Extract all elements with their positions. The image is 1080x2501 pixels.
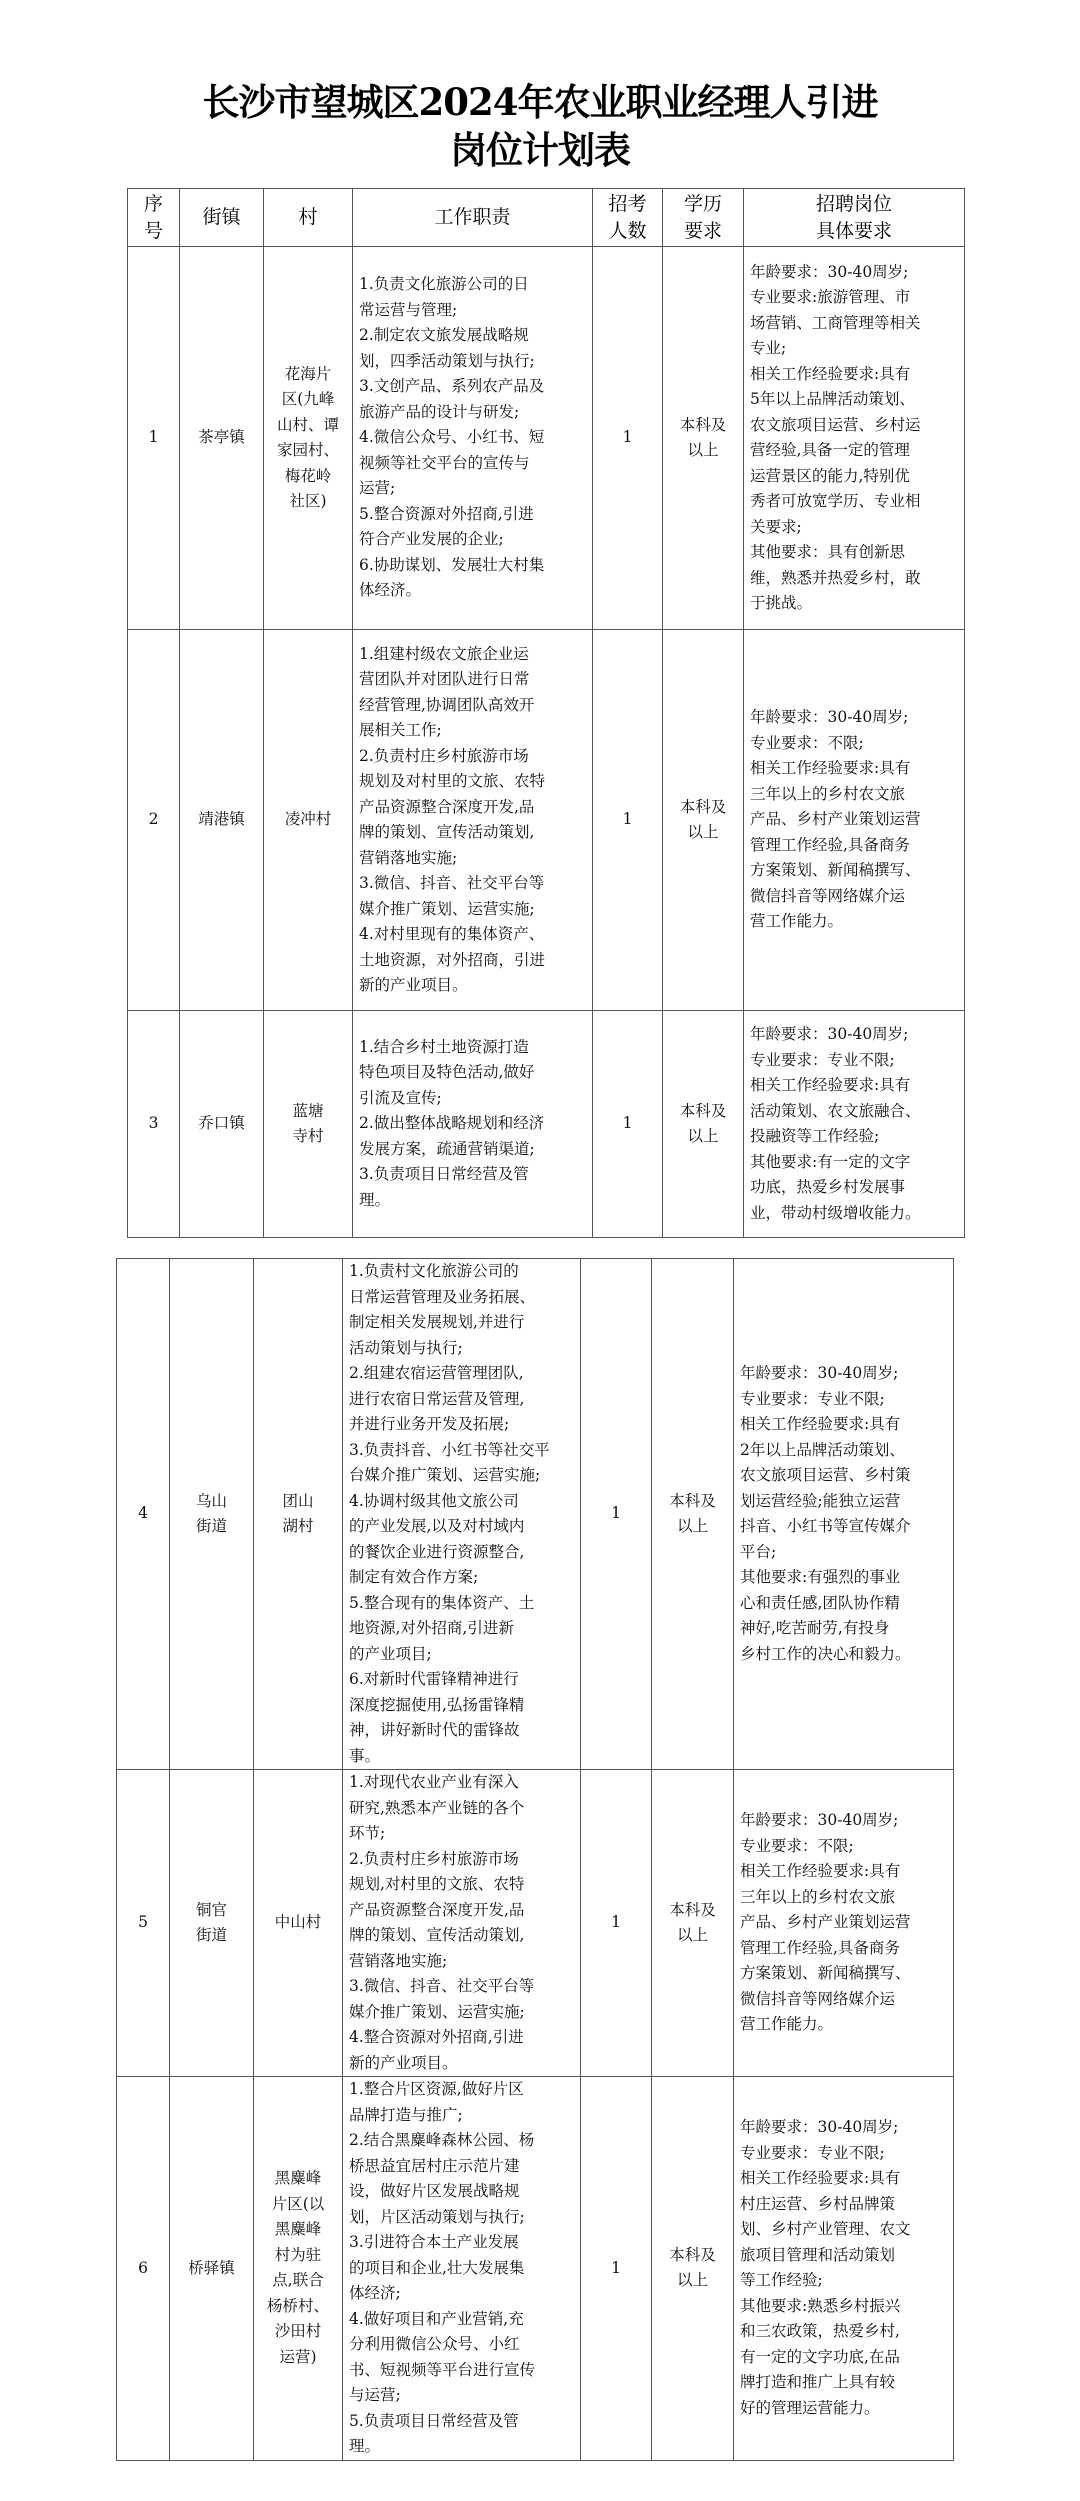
cell-village: 花海片区(九峰山村、谭家园村、梅花岭社区) bbox=[264, 247, 353, 630]
table-row: 4乌山街道团山湖村1.负责村文化旅游公司的日常运营管理及业务拓展、制定相关发展规… bbox=[117, 1259, 954, 1770]
cell-count: 1 bbox=[593, 1011, 663, 1238]
cell-education: 本科及以上 bbox=[663, 247, 744, 630]
cell-village: 黑麋峰片区(以黑麋峰村为驻点,联合杨桥村、沙田村运营) bbox=[254, 2077, 343, 2461]
document-title: 长沙市望城区2024年农业职业经理人引进 岗位计划表 bbox=[0, 78, 1080, 174]
table-row: 3乔口镇蓝塘寺村1.结合乡村土地资源打造特色项目及特色活动,做好引流及宣传;2.… bbox=[128, 1011, 965, 1238]
cell-requirements: 年龄要求：30-40周岁;专业要求：不限;相关工作经验要求:具有三年以上的乡村农… bbox=[744, 630, 965, 1011]
cell-town: 桥驿镇 bbox=[170, 2077, 254, 2461]
header-duties: 工作职责 bbox=[353, 189, 593, 247]
table-row: 1茶亭镇花海片区(九峰山村、谭家园村、梅花岭社区)1.负责文化旅游公司的日常运营… bbox=[128, 247, 965, 630]
table-row: 5铜官街道中山村1.对现代农业产业有深入研究,熟悉本产业链的各个环节;2.负责村… bbox=[117, 1770, 954, 2077]
cell-education: 本科及以上 bbox=[652, 1259, 734, 1770]
header-town: 街镇 bbox=[180, 189, 264, 247]
cell-town: 茶亭镇 bbox=[180, 247, 264, 630]
cell-requirements: 年龄要求：30-40周岁;专业要求：专业不限;相关工作经验要求:具有2年以上品牌… bbox=[734, 1259, 954, 1770]
cell-seq: 5 bbox=[117, 1770, 170, 2077]
cell-seq: 1 bbox=[128, 247, 180, 630]
cell-village: 凌冲村 bbox=[264, 630, 353, 1011]
cell-duties: 1.整合片区资源,做好片区品牌打造与推广;2.结合黑麋峰森林公园、杨桥思益宜居村… bbox=[343, 2077, 581, 2461]
header-education: 学历要求 bbox=[663, 189, 744, 247]
header-village: 村 bbox=[264, 189, 353, 247]
cell-education: 本科及以上 bbox=[652, 1770, 734, 2077]
cell-duties: 1.负责文化旅游公司的日常运营与管理;2.制定农文旅发展战略规划，四季活动策划与… bbox=[353, 247, 593, 630]
cell-town: 铜官街道 bbox=[170, 1770, 254, 2077]
cell-requirements: 年龄要求：30-40周岁;专业要求：专业不限;相关工作经验要求:具有村庄运营、乡… bbox=[734, 2077, 954, 2461]
cell-requirements: 年龄要求：30-40周岁;专业要求：不限;相关工作经验要求:具有三年以上的乡村农… bbox=[734, 1770, 954, 2077]
plan-table-part-2: 4乌山街道团山湖村1.负责村文化旅游公司的日常运营管理及业务拓展、制定相关发展规… bbox=[116, 1258, 954, 2461]
plan-table-part-1: 序号 街镇 村 工作职责 招考人数 学历要求 招聘岗位具体要求 1茶亭镇花海片区… bbox=[127, 188, 965, 1238]
cell-village: 团山湖村 bbox=[254, 1259, 343, 1770]
cell-count: 1 bbox=[593, 630, 663, 1011]
cell-education: 本科及以上 bbox=[652, 2077, 734, 2461]
cell-town: 乔口镇 bbox=[180, 1011, 264, 1238]
cell-seq: 3 bbox=[128, 1011, 180, 1238]
cell-requirements: 年龄要求：30-40周岁;专业要求：专业不限;相关工作经验要求:具有活动策划、农… bbox=[744, 1011, 965, 1238]
cell-duties: 1.对现代农业产业有深入研究,熟悉本产业链的各个环节;2.负责村庄乡村旅游市场规… bbox=[343, 1770, 581, 2077]
cell-duties: 1.结合乡村土地资源打造特色项目及特色活动,做好引流及宣传;2.做出整体战略规划… bbox=[353, 1011, 593, 1238]
cell-village: 蓝塘寺村 bbox=[264, 1011, 353, 1238]
cell-seq: 2 bbox=[128, 630, 180, 1011]
cell-count: 1 bbox=[581, 2077, 652, 2461]
table-row: 2靖港镇凌冲村1.组建村级农文旅企业运营团队并对团队进行日常经营管理,协调团队高… bbox=[128, 630, 965, 1011]
cell-requirements: 年龄要求：30-40周岁;专业要求:旅游管理、市场营销、工商管理等相关专业;相关… bbox=[744, 247, 965, 630]
cell-seq: 6 bbox=[117, 2077, 170, 2461]
header-requirements: 招聘岗位具体要求 bbox=[744, 189, 965, 247]
cell-count: 1 bbox=[593, 247, 663, 630]
title-line-2: 岗位计划表 bbox=[0, 126, 1080, 174]
cell-town: 靖港镇 bbox=[180, 630, 264, 1011]
cell-seq: 4 bbox=[117, 1259, 170, 1770]
cell-duties: 1.组建村级农文旅企业运营团队并对团队进行日常经营管理,协调团队高效开展相关工作… bbox=[353, 630, 593, 1011]
cell-count: 1 bbox=[581, 1259, 652, 1770]
table-row: 6桥驿镇黑麋峰片区(以黑麋峰村为驻点,联合杨桥村、沙田村运营)1.整合片区资源,… bbox=[117, 2077, 954, 2461]
cell-education: 本科及以上 bbox=[663, 630, 744, 1011]
header-count: 招考人数 bbox=[593, 189, 663, 247]
cell-village: 中山村 bbox=[254, 1770, 343, 2077]
cell-count: 1 bbox=[581, 1770, 652, 2077]
cell-town: 乌山街道 bbox=[170, 1259, 254, 1770]
title-line-1: 长沙市望城区2024年农业职业经理人引进 bbox=[0, 78, 1080, 126]
header-seq: 序号 bbox=[128, 189, 180, 247]
table-header-row: 序号 街镇 村 工作职责 招考人数 学历要求 招聘岗位具体要求 bbox=[128, 189, 965, 247]
cell-duties: 1.负责村文化旅游公司的日常运营管理及业务拓展、制定相关发展规划,并进行活动策划… bbox=[343, 1259, 581, 1770]
cell-education: 本科及以上 bbox=[663, 1011, 744, 1238]
